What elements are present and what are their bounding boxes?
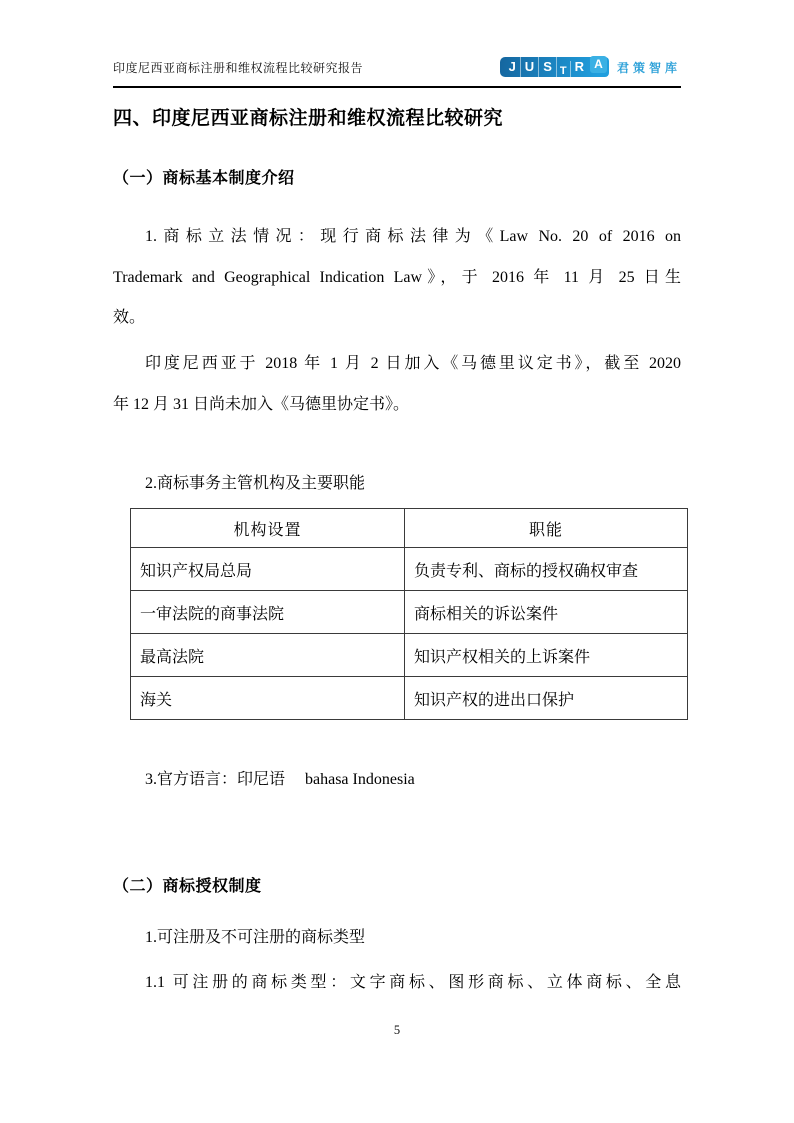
table-cell-function: 知识产权的进出口保护 (405, 677, 688, 720)
document-page: 印度尼西亚商标注册和维权流程比较研究报告 J U S T R A 君策智库 四、… (0, 0, 794, 1123)
table-cell-institution: 知识产权局总局 (131, 548, 405, 591)
section-1-heading: （一）商标基本制度介绍 (113, 164, 295, 194)
page-number: 5 (0, 1020, 794, 1040)
paragraph-registrable-types-label: 1.可注册及不可注册的商标类型 (113, 918, 681, 959)
section-2-heading: （二）商标授权制度 (113, 872, 262, 902)
paragraph-official-language: 3.官方语言：印尼语 bahasa Indonesia (113, 760, 681, 801)
paragraph-line: 3.官方语言：印尼语 bahasa Indonesia (113, 760, 681, 801)
logo-letter-t: T (557, 61, 571, 81)
table-row: 最高法院 知识产权相关的上诉案件 (131, 634, 688, 677)
table-row: 知识产权局总局 负责专利、商标的授权确权审查 (131, 548, 688, 591)
table-row: 海关 知识产权的进出口保护 (131, 677, 688, 720)
authorities-table: 机构设置 职能 知识产权局总局 负责专利、商标的授权确权审查 一审法院的商事法院… (130, 508, 688, 720)
table-header-function: 职能 (405, 509, 688, 548)
table-header-row: 机构设置 职能 (131, 509, 688, 548)
paragraph-trademark-law: 1.商标立法情况：现行商标法律为《Law No. 20 of 2016 on T… (113, 217, 681, 339)
paragraph-madrid-protocol: 印度尼西亚于 2018 年 1 月 2 日加入《马德里议定书》，截至 2020 … (113, 344, 681, 425)
paragraph-line: 1.商标立法情况：现行商标法律为《Law No. 20 of 2016 on (113, 217, 681, 258)
table-header-institution: 机构设置 (131, 509, 405, 548)
table-cell-function: 负责专利、商标的授权确权审查 (405, 548, 688, 591)
logo-brand-text: 君策智库 (617, 59, 681, 76)
logo-letter-u: U (521, 57, 539, 77)
paragraph-line: 1.1 可注册的商标类型：文字商标、图形商标、立体商标、全息 (113, 963, 681, 1004)
paragraph-line: 年 12 月 31 日尚未加入《马德里协定书》。 (113, 385, 681, 426)
paragraph-registrable-types: 1.1 可注册的商标类型：文字商标、图形商标、立体商标、全息 (113, 963, 681, 1004)
page-header: 印度尼西亚商标注册和维权流程比较研究报告 J U S T R A 君策智库 (113, 52, 681, 88)
table-cell-function: 商标相关的诉讼案件 (405, 591, 688, 634)
justra-logo-bar: J U S T R A (500, 57, 609, 77)
header-doc-title: 印度尼西亚商标注册和维权流程比较研究报告 (113, 59, 363, 76)
table-cell-institution: 海关 (131, 677, 405, 720)
justra-logo: J U S T R A 君策智库 (500, 57, 681, 77)
paragraph-line: 2.商标事务主管机构及主要职能 (113, 464, 681, 505)
paragraph-line: Trademark and Geographical Indication La… (113, 258, 681, 299)
table-cell-institution: 最高法院 (131, 634, 405, 677)
paragraph-line: 1.可注册及不可注册的商标类型 (113, 918, 681, 959)
paragraph-line: 印度尼西亚于 2018 年 1 月 2 日加入《马德里议定书》，截至 2020 (113, 344, 681, 385)
table-cell-function: 知识产权相关的上诉案件 (405, 634, 688, 677)
table-row: 一审法院的商事法院 商标相关的诉讼案件 (131, 591, 688, 634)
paragraph-line: 效。 (113, 298, 681, 339)
paragraph-authorities-label: 2.商标事务主管机构及主要职能 (113, 464, 681, 505)
logo-letter-r: R (571, 57, 588, 77)
logo-letter-j: J (505, 57, 521, 77)
table-cell-institution: 一审法院的商事法院 (131, 591, 405, 634)
page-title: 四、印度尼西亚商标注册和维权流程比较研究 (113, 103, 503, 135)
logo-letter-a-box: A (590, 56, 607, 73)
logo-letter-s: S (539, 57, 557, 77)
